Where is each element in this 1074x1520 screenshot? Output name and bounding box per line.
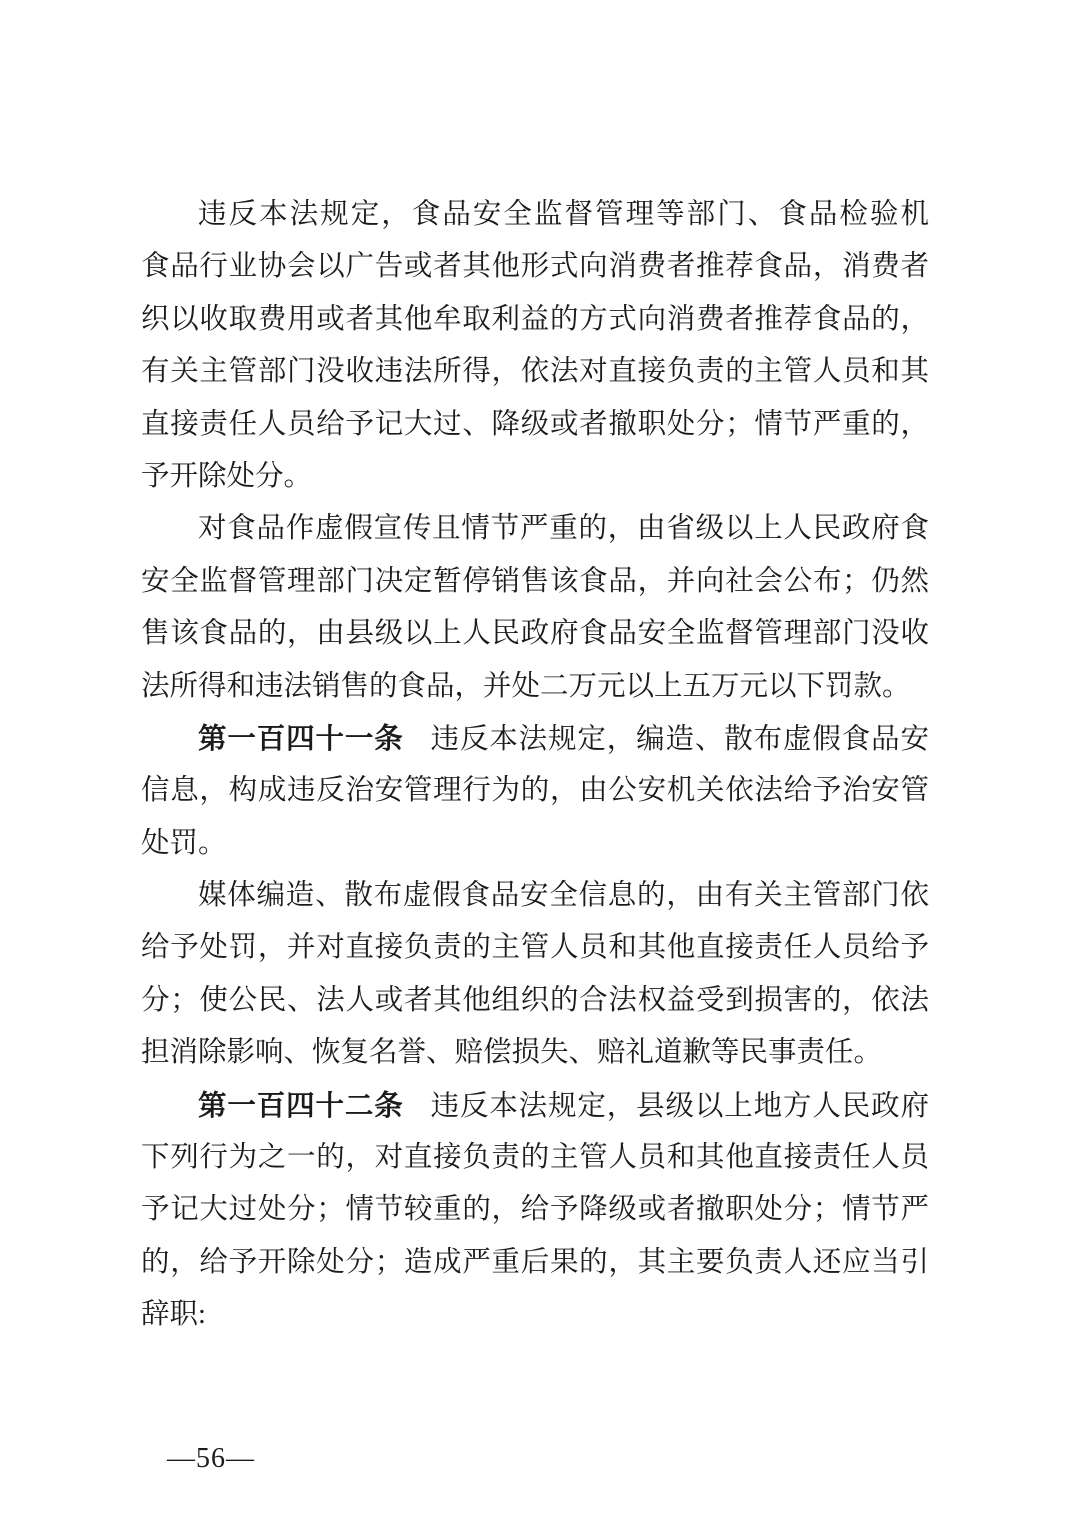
paragraph: 违反本法规定，食品安全监督管理等部门、食品检验机构、 食品行业协会以广告或者其他… <box>141 189 929 503</box>
text-line: 法所得和违法销售的食品，并处二万元以上五万元以下罚款。 <box>141 661 929 713</box>
text-line: 违反本法规定，食品安全监督管理等部门、食品检验机构、 <box>141 189 929 241</box>
text-line: 食品行业协会以广告或者其他形式向消费者推荐食品，消费者组 <box>141 241 929 293</box>
paragraph: 第一百四十二条违反本法规定，县级以上地方人民政府有 下列行为之一的，对直接负责的… <box>141 1080 929 1342</box>
text-block: 违反本法规定，食品安全监督管理等部门、食品检验机构、 食品行业协会以广告或者其他… <box>141 189 929 1342</box>
text-line: 安全监督管理部门决定暂停销售该食品，并向社会公布；仍然销 <box>141 556 929 608</box>
text-line: 予开除处分。 <box>141 451 929 503</box>
article-number-heading: 第一百四十一条 <box>198 723 404 755</box>
text-line: 织以收取费用或者其他牟取利益的方式向消费者推荐食品的，由 <box>141 294 929 346</box>
document-page: 违反本法规定，食品安全监督管理等部门、食品检验机构、 食品行业协会以广告或者其他… <box>0 0 1074 1520</box>
text-line: 处罚。 <box>141 818 929 870</box>
text-line: 分；使公民、法人或者其他组织的合法权益受到损害的，依法承 <box>141 975 929 1027</box>
paragraph: 媒体编造、散布虚假食品安全信息的，由有关主管部门依法 给予处罚，并对直接负责的主… <box>141 870 929 1080</box>
paragraph: 对食品作虚假宣传且情节严重的，由省级以上人民政府食品 安全监督管理部门决定暂停销… <box>141 503 929 713</box>
text-line: 信息，构成违反治安管理行为的，由公安机关依法给予治安管理 <box>141 765 929 817</box>
text-line: 的，给予开除处分；造成严重后果的，其主要负责人还应当引咎 <box>141 1237 929 1289</box>
page-number: —56— <box>167 1441 255 1477</box>
article-number-heading: 第一百四十二条 <box>198 1090 404 1122</box>
text-line: 第一百四十一条违反本法规定，编造、散布虚假食品安全 <box>141 713 929 765</box>
text-line: 予记大过处分；情节较重的，给予降级或者撤职处分；情节严重 <box>141 1184 929 1236</box>
text-line: 担消除影响、恢复名誉、赔偿损失、赔礼道歉等民事责任。 <box>141 1027 929 1079</box>
text-line: 给予处罚，并对直接负责的主管人员和其他直接责任人员给予处 <box>141 922 929 974</box>
paragraph: 第一百四十一条违反本法规定，编造、散布虚假食品安全 信息，构成违反治安管理行为的… <box>141 713 929 870</box>
text-line: 第一百四十二条违反本法规定，县级以上地方人民政府有 <box>141 1080 929 1132</box>
text-line: 对食品作虚假宣传且情节严重的，由省级以上人民政府食品 <box>141 503 929 555</box>
text-line: 下列行为之一的，对直接负责的主管人员和其他直接责任人员给 <box>141 1132 929 1184</box>
text-line: 直接责任人员给予记大过、降级或者撤职处分；情节严重的，给 <box>141 399 929 451</box>
text-line: 有关主管部门没收违法所得，依法对直接负责的主管人员和其他 <box>141 346 929 398</box>
text-line: 辞职: <box>141 1289 929 1341</box>
text-line: 媒体编造、散布虚假食品安全信息的，由有关主管部门依法 <box>141 870 929 922</box>
text-line: 售该食品的，由县级以上人民政府食品安全监督管理部门没收违 <box>141 608 929 660</box>
